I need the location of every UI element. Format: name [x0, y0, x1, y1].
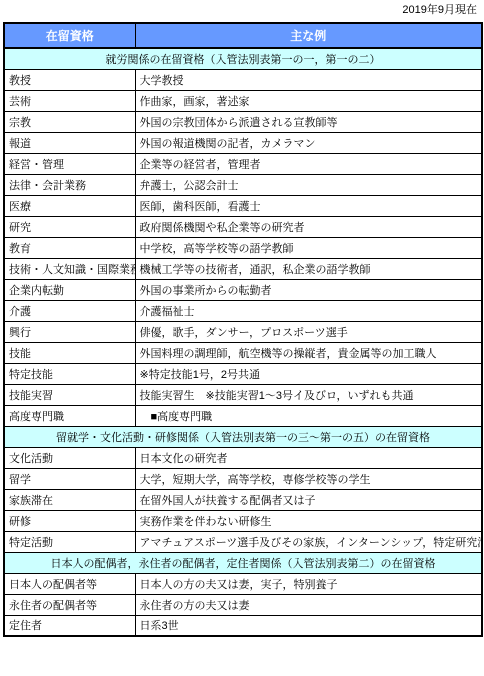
- example-cell: 医師，歯科医師，看護士: [135, 195, 482, 216]
- status-cell: 法律・会計業務: [4, 174, 135, 195]
- table-row: 介護介護福祉士: [4, 300, 482, 321]
- table-row: 留学大学，短期大学，高等学校，専修学校等の学生: [4, 468, 482, 489]
- table-row: 研修実務作業を伴わない研修生: [4, 510, 482, 531]
- table-row: 興行俳優，歌手，ダンサー，プロスポーツ選手: [4, 321, 482, 342]
- section-header-row: 就労関係の在留資格（入管法別表第一の一，第一の二）: [4, 48, 482, 69]
- table-row: 芸術作曲家，画家，著述家: [4, 90, 482, 111]
- example-cell: 外国の事業所からの転勤者: [135, 279, 482, 300]
- status-cell: 技術・人文知識・国際業務: [4, 258, 135, 279]
- example-cell: 企業等の経営者，管理者: [135, 153, 482, 174]
- table-row: 日本人の配偶者等日本人の方の夫又は妻，実子，特別養子: [4, 573, 482, 594]
- status-cell: 介護: [4, 300, 135, 321]
- status-cell: 研修: [4, 510, 135, 531]
- section-title: 就労関係の在留資格（入管法別表第一の一，第一の二）: [4, 48, 482, 69]
- table-row: 医療医師，歯科医師，看護士: [4, 195, 482, 216]
- residence-status-table: 在留資格 主な例 就労関係の在留資格（入管法別表第一の一，第一の二）教授大学教授…: [3, 22, 483, 637]
- table-row: 法律・会計業務弁護士，公認会計士: [4, 174, 482, 195]
- example-cell: 日本文化の研究者: [135, 447, 482, 468]
- example-cell: 政府関係機関や私企業等の研究者: [135, 216, 482, 237]
- status-cell: 報道: [4, 132, 135, 153]
- table-row: 特定技能※特定技能1号，2号共通: [4, 363, 482, 384]
- status-cell: 研究: [4, 216, 135, 237]
- table-row: 報道外国の報道機関の記者，カメラマン: [4, 132, 482, 153]
- example-cell: ■高度専門職: [135, 405, 482, 426]
- table-row: 技能外国料理の調理師，航空機等の操縦者，貴金属等の加工職人: [4, 342, 482, 363]
- table-row: 技能実習技能実習生 ※技能実習1～3号イ及びロ，いずれも共通: [4, 384, 482, 405]
- table-row: 研究政府関係機関や私企業等の研究者: [4, 216, 482, 237]
- table-header-row: 在留資格 主な例: [4, 23, 482, 48]
- example-cell: 作曲家，画家，著述家: [135, 90, 482, 111]
- example-cell: 介護福祉士: [135, 300, 482, 321]
- status-cell: 定住者: [4, 615, 135, 636]
- table-row: 技術・人文知識・国際業務機械工学等の技術者，通訳，私企業の語学教師: [4, 258, 482, 279]
- status-cell: 家族滞在: [4, 489, 135, 510]
- status-cell: 教授: [4, 69, 135, 90]
- example-cell: 外国料理の調理師，航空機等の操縦者，貴金属等の加工職人: [135, 342, 482, 363]
- example-cell: 中学校，高等学校等の語学教師: [135, 237, 482, 258]
- status-cell: 永住者の配偶者等: [4, 594, 135, 615]
- example-cell: 技能実習生 ※技能実習1～3号イ及びロ，いずれも共通: [135, 384, 482, 405]
- status-cell: 高度専門職: [4, 405, 135, 426]
- status-table-body: 就労関係の在留資格（入管法別表第一の一，第一の二）教授大学教授芸術作曲家，画家，…: [4, 48, 482, 636]
- status-cell: 医療: [4, 195, 135, 216]
- table-row: 永住者の配偶者等永住者の方の夫又は妻: [4, 594, 482, 615]
- column-header-status: 在留資格: [4, 23, 135, 48]
- column-header-example: 主な例: [135, 23, 482, 48]
- example-cell: アマチュアスポーツ選手及びその家族，インターンシップ，特定研究活動: [135, 531, 482, 552]
- example-cell: ※特定技能1号，2号共通: [135, 363, 482, 384]
- example-cell: 実務作業を伴わない研修生: [135, 510, 482, 531]
- table-row: 経営・管理企業等の経営者，管理者: [4, 153, 482, 174]
- section-title: 留就学・文化活動・研修関係（入管法別表第一の三～第一の五）の在留資格: [4, 426, 482, 447]
- table-row: 企業内転勤外国の事業所からの転勤者: [4, 279, 482, 300]
- table-row: 高度専門職 ■高度専門職: [4, 405, 482, 426]
- status-cell: 特定技能: [4, 363, 135, 384]
- example-cell: 外国の報道機関の記者，カメラマン: [135, 132, 482, 153]
- table-row: 文化活動日本文化の研究者: [4, 447, 482, 468]
- example-cell: 日本人の方の夫又は妻，実子，特別養子: [135, 573, 482, 594]
- date-label: 2019年9月現在: [402, 3, 477, 17]
- section-title: 日本人の配偶者，永住者の配偶者，定住者関係（入管法別表第二）の在留資格: [4, 552, 482, 573]
- example-cell: 俳優，歌手，ダンサー，プロスポーツ選手: [135, 321, 482, 342]
- example-cell: 永住者の方の夫又は妻: [135, 594, 482, 615]
- section-header-row: 日本人の配偶者，永住者の配偶者，定住者関係（入管法別表第二）の在留資格: [4, 552, 482, 573]
- status-cell: 特定活動: [4, 531, 135, 552]
- status-cell: 技能: [4, 342, 135, 363]
- table-row: 特定活動アマチュアスポーツ選手及びその家族，インターンシップ，特定研究活動: [4, 531, 482, 552]
- status-cell: 文化活動: [4, 447, 135, 468]
- table-row: 家族滞在在留外国人が扶養する配偶者又は子: [4, 489, 482, 510]
- table-row: 宗教外国の宗教団体から派遣される宣教師等: [4, 111, 482, 132]
- status-cell: 宗教: [4, 111, 135, 132]
- example-cell: 大学，短期大学，高等学校，専修学校等の学生: [135, 468, 482, 489]
- status-cell: 経営・管理: [4, 153, 135, 174]
- table-row: 定住者日系3世: [4, 615, 482, 636]
- section-header-row: 留就学・文化活動・研修関係（入管法別表第一の三～第一の五）の在留資格: [4, 426, 482, 447]
- table-row: 教授大学教授: [4, 69, 482, 90]
- status-cell: 企業内転勤: [4, 279, 135, 300]
- example-cell: 大学教授: [135, 69, 482, 90]
- status-cell: 教育: [4, 237, 135, 258]
- status-cell: 芸術: [4, 90, 135, 111]
- example-cell: 在留外国人が扶養する配偶者又は子: [135, 489, 482, 510]
- example-cell: 外国の宗教団体から派遣される宣教師等: [135, 111, 482, 132]
- status-cell: 日本人の配偶者等: [4, 573, 135, 594]
- status-cell: 興行: [4, 321, 135, 342]
- status-cell: 技能実習: [4, 384, 135, 405]
- example-cell: 機械工学等の技術者，通訳，私企業の語学教師: [135, 258, 482, 279]
- status-cell: 留学: [4, 468, 135, 489]
- table-row: 教育中学校，高等学校等の語学教師: [4, 237, 482, 258]
- example-cell: 日系3世: [135, 615, 482, 636]
- example-cell: 弁護士，公認会計士: [135, 174, 482, 195]
